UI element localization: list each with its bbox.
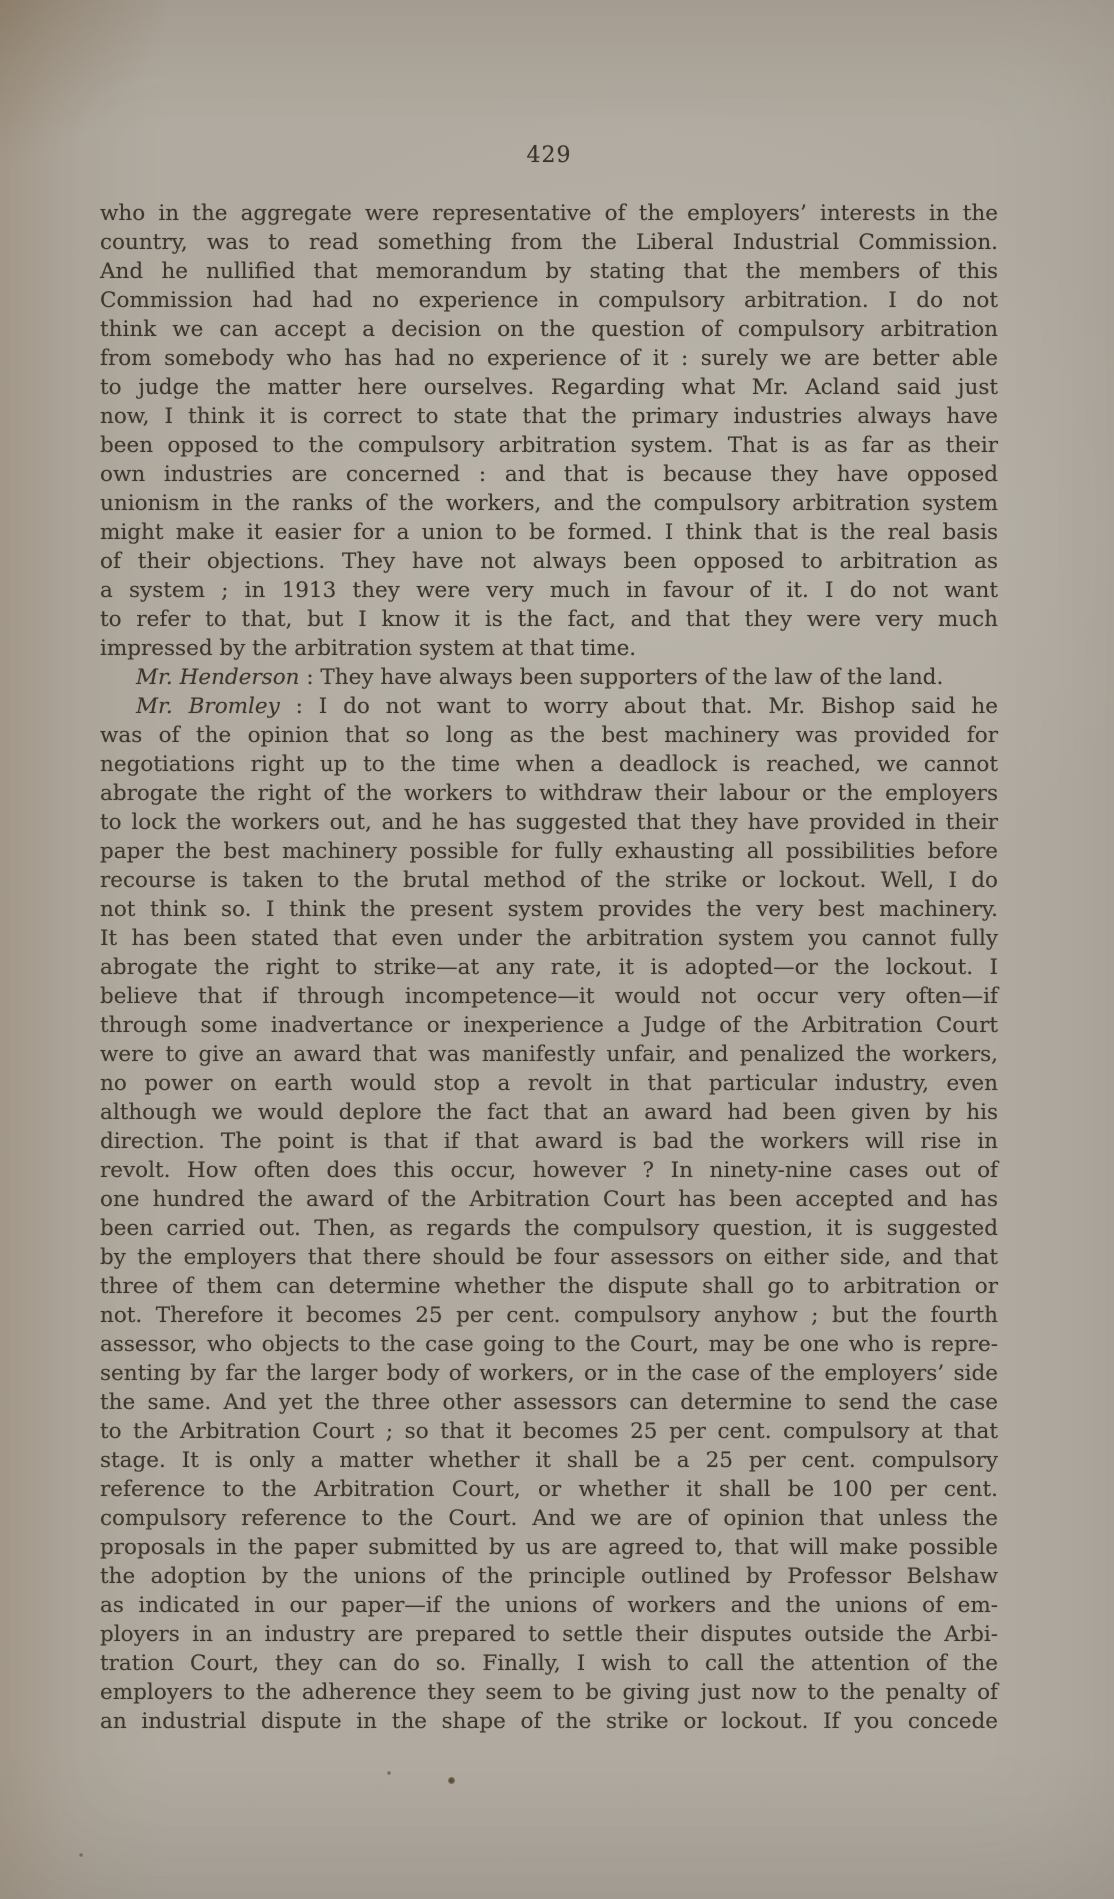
text-line: Mr. Bromley : I do not want to worry abo… — [100, 692, 998, 721]
text-line: revolt. How often does this occur, howev… — [100, 1156, 998, 1185]
text-line: abrogate the right of the workers to wit… — [100, 779, 998, 808]
text-line: stage. It is only a matter whether it sh… — [100, 1446, 998, 1475]
paper-speck — [387, 1771, 391, 1775]
text-line: were to give an award that was manifestl… — [100, 1040, 998, 1069]
text-line: impressed by the arbitration system at t… — [100, 634, 998, 663]
text-line: might make it easier for a union to be f… — [100, 518, 998, 547]
text-line: been carried out. Then, as regards the c… — [100, 1214, 998, 1243]
text-line: country, was to read something from the … — [100, 228, 998, 257]
text-line: the adoption by the unions of the princi… — [100, 1562, 998, 1591]
text-line: assessor, who objects to the case going … — [100, 1330, 998, 1359]
text-line: not. Therefore it becomes 25 per cent. c… — [100, 1301, 998, 1330]
text-line: no power on earth would stop a revolt in… — [100, 1069, 998, 1098]
text-line: own industries are concerned : and that … — [100, 460, 998, 489]
text-line: of their objections. They have not alway… — [100, 547, 998, 576]
paper-speck — [79, 1853, 83, 1857]
page-corner-shading — [0, 0, 260, 220]
text-line: proposals in the paper submitted by us a… — [100, 1533, 998, 1562]
text-line: Commission had had no experience in comp… — [100, 286, 998, 315]
text-line: who in the aggregate were representative… — [100, 199, 998, 228]
scanned-book-page: 429 who in the aggregate were representa… — [0, 0, 1114, 1899]
text-line: from somebody who has had no experience … — [100, 344, 998, 373]
text-line: a system ; in 1913 they were very much i… — [100, 576, 998, 605]
text-line: one hundred the award of the Arbitration… — [100, 1185, 998, 1214]
text-line: although we would deplore the fact that … — [100, 1098, 998, 1127]
text-line: Mr. Henderson : They have always been su… — [100, 663, 998, 692]
text-line: compulsory reference to the Court. And w… — [100, 1504, 998, 1533]
text-line: through some inadvertance or inexperienc… — [100, 1011, 998, 1040]
text-line: recourse is taken to the brutal method o… — [100, 866, 998, 895]
text-line: paper the best machinery possible for fu… — [100, 837, 998, 866]
text-line: think we can accept a decision on the qu… — [100, 315, 998, 344]
speaker-name: Mr. Bromley — [136, 694, 280, 719]
text-line: believe that if through incompetence—it … — [100, 982, 998, 1011]
text-line: negotiations right up to the time when a… — [100, 750, 998, 779]
text-line: to refer to that, but I know it is the f… — [100, 605, 998, 634]
text-line: as indicated in our paper—if the unions … — [100, 1591, 998, 1620]
text-line: now, I think it is correct to state that… — [100, 402, 998, 431]
text-line: reference to the Arbitration Court, or w… — [100, 1475, 998, 1504]
text-line: not think so. I think the present system… — [100, 895, 998, 924]
page-text-block: who in the aggregate were representative… — [100, 199, 998, 1736]
text-line: tration Court, they can do so. Finally, … — [100, 1649, 998, 1678]
text-line: direction. The point is that if that awa… — [100, 1127, 998, 1156]
text-line: to judge the matter here ourselves. Rega… — [100, 373, 998, 402]
text-line: an industrial dispute in the shape of th… — [100, 1707, 998, 1736]
text-line: employers to the adherence they seem to … — [100, 1678, 998, 1707]
text-line: ployers in an industry are prepared to s… — [100, 1620, 998, 1649]
text-line: It has been stated that even under the a… — [100, 924, 998, 953]
text-line: unionism in the ranks of the workers, an… — [100, 489, 998, 518]
text-line: three of them can determine whether the … — [100, 1272, 998, 1301]
text-line: been opposed to the compulsory arbitrati… — [100, 431, 998, 460]
page-number: 429 — [100, 143, 998, 168]
text-line: abrogate the right to strike—at any rate… — [100, 953, 998, 982]
speaker-name: Mr. Henderson — [136, 665, 300, 690]
text-line: senting by far the larger body of worker… — [100, 1359, 998, 1388]
text-line: And he nullified that memorandum by stat… — [100, 257, 998, 286]
text-line: to the Arbitration Court ; so that it be… — [100, 1417, 998, 1446]
text-line: to lock the workers out, and he has sugg… — [100, 808, 998, 837]
text-line: by the employers that there should be fo… — [100, 1243, 998, 1272]
text-line: the same. And yet the three other assess… — [100, 1388, 998, 1417]
paper-speck — [448, 1777, 455, 1784]
text-line: was of the opinion that so long as the b… — [100, 721, 998, 750]
